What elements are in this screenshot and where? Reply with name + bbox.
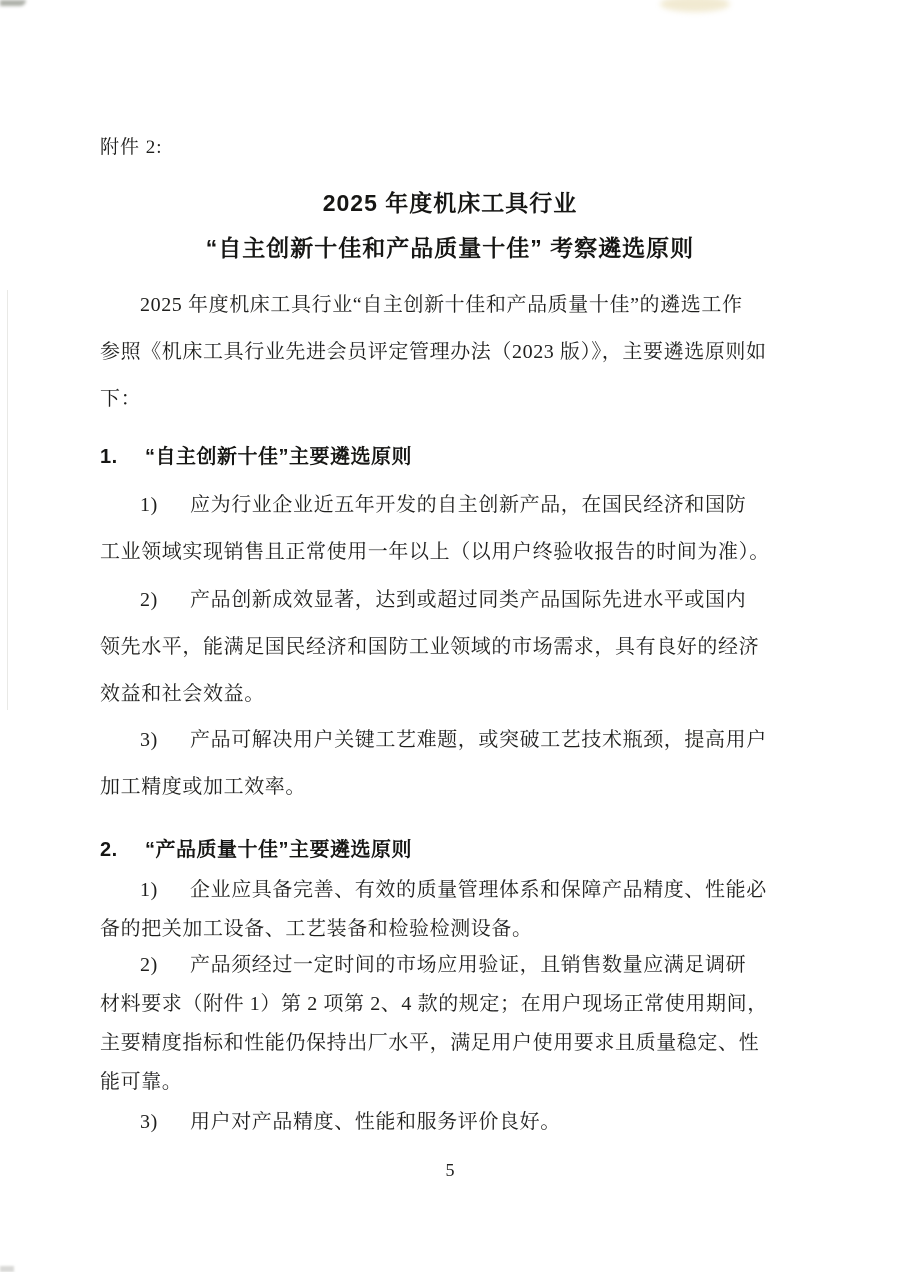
item-text: 效益和社会效益。 bbox=[100, 671, 800, 718]
document-title-line1: 2025 年度机床工具行业 bbox=[0, 188, 900, 218]
scan-smudge-bottom-left bbox=[0, 1266, 14, 1272]
item-text: 产品创新成效显著，达到或超过同类产品国际先进水平或国内 bbox=[190, 589, 746, 611]
section-2-heading-text: “产品质量十佳”主要遴选原则 bbox=[145, 839, 412, 861]
item-number: 1) bbox=[140, 482, 190, 529]
scanned-document-page: 附件 2: 2025 年度机床工具行业 “自主创新十佳和产品质量十佳” 考察遴选… bbox=[0, 0, 900, 1272]
item-text: 能可靠。 bbox=[100, 1063, 800, 1102]
section-1-item-3: 3)产品可解决用户关键工艺难题，或突破工艺技术瓶颈，提高用户 加工精度或加工效率… bbox=[100, 717, 800, 811]
item-text: 工业领域实现销售且正常使用一年以上（以用户终验收报告的时间为准）。 bbox=[100, 529, 800, 576]
item-text: 领先水平，能满足国民经济和国防工业领域的市场需求，具有良好的经济 bbox=[100, 624, 800, 671]
section-1-item-1: 1)应为行业企业近五年开发的自主创新产品，在国民经济和国防 工业领域实现销售且正… bbox=[100, 482, 800, 576]
item-number: 2) bbox=[140, 946, 190, 985]
item-number: 2) bbox=[140, 577, 190, 624]
section-1-heading-text: “自主创新十佳”主要遴选原则 bbox=[145, 446, 412, 468]
item-number: 1) bbox=[140, 871, 190, 910]
scan-smudge-top-left bbox=[0, 0, 26, 6]
item-text: 产品可解决用户关键工艺难题，或突破工艺技术瓶颈，提高用户 bbox=[190, 729, 767, 751]
item-text: 产品须经过一定时间的市场应用验证，且销售数量应满足调研 bbox=[190, 954, 746, 976]
item-text: 用户对产品精度、性能和服务评价良好。 bbox=[190, 1111, 561, 1133]
item-number: 3) bbox=[140, 1103, 190, 1142]
page-number: 5 bbox=[0, 1158, 900, 1182]
section-2-heading: 2.“产品质量十佳”主要遴选原则 bbox=[100, 838, 800, 862]
section-1-item-2: 2)产品创新成效显著，达到或超过同类产品国际先进水平或国内 领先水平，能满足国民… bbox=[100, 577, 800, 718]
intro-paragraph: 2025 年度机床工具行业“自主创新十佳和产品质量十佳”的遴选工作 参照《机床工… bbox=[100, 282, 800, 423]
scan-smudge-top-center bbox=[660, 0, 730, 12]
section-2-item-2: 2)产品须经过一定时间的市场应用验证，且销售数量应满足调研 材料要求（附件 1）… bbox=[100, 946, 800, 1102]
document-title-line2: “自主创新十佳和产品质量十佳” 考察遴选原则 bbox=[0, 233, 900, 263]
item-text: 企业应具备完善、有效的质量管理体系和保障产品精度、性能必 bbox=[190, 879, 767, 901]
intro-line: 下： bbox=[100, 376, 800, 423]
attachment-label: 附件 2: bbox=[100, 136, 800, 160]
intro-line: 参照《机床工具行业先进会员评定管理办法（2023 版）》，主要遴选原则如 bbox=[100, 329, 800, 376]
section-2-item-1: 1)企业应具备完善、有效的质量管理体系和保障产品精度、性能必 备的把关加工设备、… bbox=[100, 871, 800, 949]
scan-edge-line bbox=[7, 290, 8, 710]
section-2-number: 2. bbox=[100, 838, 145, 862]
item-number: 3) bbox=[140, 717, 190, 764]
section-2-item-3: 3)用户对产品精度、性能和服务评价良好。 bbox=[100, 1103, 800, 1142]
item-text: 加工精度或加工效率。 bbox=[100, 764, 800, 811]
item-text: 备的把关加工设备、工艺装备和检验检测设备。 bbox=[100, 910, 800, 949]
section-1-number: 1. bbox=[100, 445, 145, 469]
item-text: 主要精度指标和性能仍保持出厂水平，满足用户使用要求且质量稳定、性 bbox=[100, 1024, 800, 1063]
item-text: 材料要求（附件 1）第 2 项第 2、4 款的规定；在用户现场正常使用期间， bbox=[100, 985, 800, 1024]
intro-line: 2025 年度机床工具行业“自主创新十佳和产品质量十佳”的遴选工作 bbox=[100, 282, 800, 329]
item-text: 应为行业企业近五年开发的自主创新产品，在国民经济和国防 bbox=[190, 494, 746, 516]
section-1-heading: 1.“自主创新十佳”主要遴选原则 bbox=[100, 445, 800, 469]
